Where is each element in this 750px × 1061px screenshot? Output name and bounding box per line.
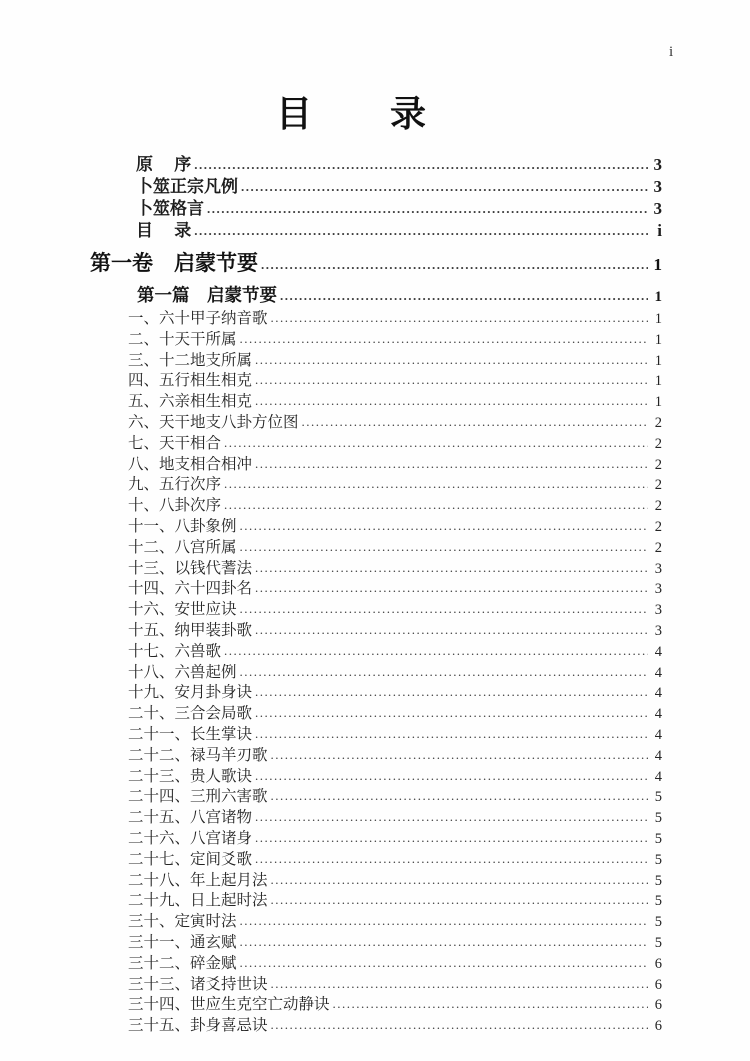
toc-entry-label: 二十四、三刑六害歌 bbox=[128, 787, 268, 807]
toc-entry-label: 十、八卦次序 bbox=[128, 496, 221, 516]
toc-dot-leader bbox=[255, 454, 648, 474]
toc-entry: 十七、六兽歌 4 bbox=[128, 642, 662, 663]
toc-dot-leader bbox=[224, 641, 648, 661]
toc-entry-page: 2 bbox=[650, 456, 662, 476]
toc-entry-label: 二十一、长生掌诀 bbox=[128, 725, 252, 745]
toc-entry: 二、十天干所属 1 bbox=[128, 330, 662, 351]
toc-entry-page: 1 bbox=[650, 331, 662, 351]
toc-dot-leader bbox=[302, 412, 648, 432]
toc-entry-label: 二十二、禄马羊刃歌 bbox=[128, 746, 268, 766]
toc-entry: 二十四、三刑六害歌 5 bbox=[128, 787, 662, 808]
toc-dot-leader bbox=[240, 911, 648, 931]
toc-title: 目 录 bbox=[66, 92, 638, 136]
toc-entry-page: 2 bbox=[650, 476, 662, 496]
toc-entry: 三十二、碎金赋 6 bbox=[128, 954, 662, 975]
toc-entry: 六、天干地支八卦方位图 2 bbox=[128, 413, 662, 434]
toc-entry: 五、六亲相生相克 1 bbox=[128, 392, 662, 413]
toc-entry: 二十九、日上起时法 5 bbox=[128, 891, 662, 912]
toc-entry-label: 九、五行次序 bbox=[128, 475, 221, 495]
toc-list: 原 序 3 卜筮正宗凡例 3 卜筮格言 3 目 录 i 第一卷 启蒙节要 1 第… bbox=[90, 154, 662, 1037]
toc-entry-page: 3 bbox=[650, 176, 662, 197]
toc-entry-page: 2 bbox=[650, 414, 662, 434]
toc-entry-label: 十四、六十四卦名 bbox=[128, 579, 252, 599]
toc-entry: 二十、三合会局歌 4 bbox=[128, 704, 662, 725]
toc-entry-label: 二十八、年上起月法 bbox=[128, 871, 268, 891]
toc-entry-label: 三十二、碎金赋 bbox=[128, 954, 237, 974]
toc-entry-page: 3 bbox=[650, 154, 662, 175]
toc-entry-label: 第一卷 启蒙节要 bbox=[90, 249, 258, 278]
toc-dot-leader bbox=[255, 766, 648, 786]
toc-dot-leader bbox=[255, 578, 648, 598]
toc-entry-label: 二十三、贵人歌诀 bbox=[128, 767, 252, 787]
toc-dot-leader bbox=[194, 153, 648, 175]
toc-entry-page: 6 bbox=[650, 996, 662, 1016]
toc-dot-leader bbox=[224, 474, 648, 494]
toc-dot-leader bbox=[240, 329, 648, 349]
toc-entry-page: 6 bbox=[650, 1017, 662, 1037]
toc-entry-page: 6 bbox=[650, 976, 662, 996]
toc-dot-leader bbox=[207, 197, 648, 219]
toc-dot-leader bbox=[271, 870, 648, 890]
toc-entry: 十三、以钱代蓍法 3 bbox=[128, 559, 662, 580]
toc-dot-leader bbox=[240, 537, 648, 557]
toc-dot-leader bbox=[240, 662, 648, 682]
toc-entry: 卜筮正宗凡例 3 bbox=[136, 176, 662, 198]
toc-entry: 二十三、贵人歌诀 4 bbox=[128, 767, 662, 788]
toc-entry-label: 十二、八宫所属 bbox=[128, 538, 237, 558]
toc-entry-page: 4 bbox=[650, 664, 662, 684]
toc-dot-leader bbox=[240, 953, 648, 973]
toc-entry-page: 1 bbox=[650, 250, 662, 279]
toc-dot-leader bbox=[255, 682, 648, 702]
toc-entry-page: 2 bbox=[650, 539, 662, 559]
toc-entry-label: 十七、六兽歌 bbox=[128, 642, 221, 662]
toc-entry-label: 十五、纳甲装卦歌 bbox=[128, 621, 252, 641]
toc-entry-page: 4 bbox=[650, 643, 662, 663]
toc-entry-label: 十九、安月卦身诀 bbox=[128, 683, 252, 703]
toc-dot-leader bbox=[255, 558, 648, 578]
toc-entry: 二十二、禄马羊刃歌 4 bbox=[128, 746, 662, 767]
toc-entry-label: 目 录 bbox=[136, 220, 191, 241]
toc-entry-label: 三、十二地支所属 bbox=[128, 351, 252, 371]
toc-dot-leader bbox=[240, 516, 648, 536]
toc-dot-leader bbox=[271, 308, 648, 328]
toc-dot-leader bbox=[224, 495, 648, 515]
toc-dot-leader bbox=[271, 974, 648, 994]
toc-entry-page: 2 bbox=[650, 518, 662, 538]
toc-entry: 三十五、卦身喜忌诀 6 bbox=[128, 1016, 662, 1037]
toc-entry: 二十六、八宫诸身 5 bbox=[128, 829, 662, 850]
toc-entry-label: 三十四、世应生克空亡动静诀 bbox=[128, 995, 330, 1015]
toc-entry-page: 3 bbox=[650, 560, 662, 580]
toc-dot-leader bbox=[194, 219, 648, 241]
toc-entry-label: 二十、三合会局歌 bbox=[128, 704, 252, 724]
toc-dot-leader bbox=[271, 745, 648, 765]
toc-entry-page: 1 bbox=[650, 393, 662, 413]
toc-dot-leader bbox=[255, 391, 648, 411]
toc-entry: 二十七、定间爻歌 5 bbox=[128, 850, 662, 871]
toc-entry: 八、地支相合相冲 2 bbox=[128, 455, 662, 476]
toc-entry: 目 录 i bbox=[136, 220, 662, 242]
toc-entry-page: i bbox=[650, 220, 662, 241]
toc-dot-leader bbox=[255, 620, 648, 640]
toc-entry: 十一、八卦象例 2 bbox=[128, 517, 662, 538]
toc-entry-page: 5 bbox=[650, 809, 662, 829]
toc-entry-page: 5 bbox=[650, 934, 662, 954]
toc-dot-leader bbox=[271, 786, 648, 806]
scanned-toc-page: i 目 录 原 序 3 卜筮正宗凡例 3 卜筮格言 3 目 录 i 第一卷 启蒙… bbox=[0, 0, 750, 1061]
toc-entry: 卜筮格言 3 bbox=[136, 198, 662, 220]
toc-entry: 三十、定寅时法 5 bbox=[128, 912, 662, 933]
toc-entry: 三、十二地支所属 1 bbox=[128, 351, 662, 372]
toc-entry-page: 5 bbox=[650, 892, 662, 912]
toc-entry-page: 5 bbox=[650, 851, 662, 871]
toc-entry: 二十八、年上起月法 5 bbox=[128, 871, 662, 892]
toc-dot-leader bbox=[255, 807, 648, 827]
toc-entry-label: 卜筮正宗凡例 bbox=[136, 176, 238, 197]
toc-entry-page: 1 bbox=[650, 352, 662, 372]
toc-entry-label: 三十一、通玄赋 bbox=[128, 933, 237, 953]
toc-entry-label: 三十、定寅时法 bbox=[128, 912, 237, 932]
toc-entry-page: 2 bbox=[650, 435, 662, 455]
toc-entry-label: 十八、六兽起例 bbox=[128, 663, 237, 683]
toc-entry-label: 十三、以钱代蓍法 bbox=[128, 559, 252, 579]
toc-entry-label: 二十七、定间爻歌 bbox=[128, 850, 252, 870]
toc-entry: 十九、安月卦身诀 4 bbox=[128, 683, 662, 704]
toc-entry-page: 1 bbox=[650, 310, 662, 330]
toc-entry-page: 4 bbox=[650, 768, 662, 788]
toc-entry: 第一篇 启蒙节要 1 bbox=[137, 284, 662, 309]
toc-entry-label: 四、五行相生相克 bbox=[128, 371, 252, 391]
toc-entry-page: 3 bbox=[650, 601, 662, 621]
toc-dot-leader bbox=[224, 433, 648, 453]
toc-dot-leader bbox=[271, 1015, 648, 1035]
toc-entry: 二十五、八宫诸物 5 bbox=[128, 808, 662, 829]
toc-entry: 四、五行相生相克 1 bbox=[128, 371, 662, 392]
toc-entry-page: 5 bbox=[650, 788, 662, 808]
toc-entry: 原 序 3 bbox=[136, 154, 662, 176]
toc-entry-label: 二十六、八宫诸身 bbox=[128, 829, 252, 849]
toc-dot-leader bbox=[333, 994, 648, 1014]
toc-entry: 二十一、长生掌诀 4 bbox=[128, 725, 662, 746]
toc-dot-leader bbox=[255, 849, 648, 869]
toc-entry-page: 5 bbox=[650, 872, 662, 892]
toc-entry-label: 十一、八卦象例 bbox=[128, 517, 237, 537]
toc-dot-leader bbox=[280, 283, 648, 307]
toc-entry-label: 原 序 bbox=[136, 154, 191, 175]
toc-dot-leader bbox=[240, 599, 648, 619]
toc-content: 目 录 原 序 3 卜筮正宗凡例 3 卜筮格言 3 目 录 i 第一卷 启蒙节要… bbox=[0, 0, 750, 1037]
toc-entry-label: 卜筮格言 bbox=[136, 198, 204, 219]
toc-dot-leader bbox=[255, 350, 648, 370]
toc-dot-leader bbox=[255, 828, 648, 848]
toc-dot-leader bbox=[241, 175, 648, 197]
toc-entry-page: 2 bbox=[650, 497, 662, 517]
toc-entry-label: 七、天干相合 bbox=[128, 434, 221, 454]
toc-entry-label: 三十三、诸爻持世诀 bbox=[128, 975, 268, 995]
toc-entry-page: 4 bbox=[650, 684, 662, 704]
toc-entry-page: 4 bbox=[650, 726, 662, 746]
toc-entry: 三十三、诸爻持世诀 6 bbox=[128, 975, 662, 996]
toc-dot-leader bbox=[255, 703, 648, 723]
toc-entry: 十二、八宫所属 2 bbox=[128, 538, 662, 559]
toc-entry: 三十四、世应生克空亡动静诀 6 bbox=[128, 995, 662, 1016]
toc-entry-page: 1 bbox=[650, 372, 662, 392]
toc-entry: 十六、安世应诀 3 bbox=[128, 600, 662, 621]
toc-entry: 七、天干相合 2 bbox=[128, 434, 662, 455]
toc-entry-label: 十六、安世应诀 bbox=[128, 600, 237, 620]
toc-entry-page: 5 bbox=[650, 913, 662, 933]
toc-entry-label: 三十五、卦身喜忌诀 bbox=[128, 1016, 268, 1036]
toc-entry-label: 一、六十甲子纳音歌 bbox=[128, 309, 268, 329]
toc-entry-label: 第一篇 启蒙节要 bbox=[137, 284, 277, 307]
toc-entry: 十五、纳甲装卦歌 3 bbox=[128, 621, 662, 642]
toc-dot-leader bbox=[271, 890, 648, 910]
toc-entry-label: 六、天干地支八卦方位图 bbox=[128, 413, 299, 433]
toc-entry-page: 3 bbox=[650, 622, 662, 642]
toc-entry: 十、八卦次序 2 bbox=[128, 496, 662, 517]
toc-entry-label: 二、十天干所属 bbox=[128, 330, 237, 350]
toc-entry-page: 3 bbox=[650, 198, 662, 219]
toc-entry-label: 二十五、八宫诸物 bbox=[128, 808, 252, 828]
toc-entry: 三十一、通玄赋 5 bbox=[128, 933, 662, 954]
toc-entry-page: 5 bbox=[650, 830, 662, 850]
toc-entry: 十四、六十四卦名 3 bbox=[128, 579, 662, 600]
toc-dot-leader bbox=[240, 932, 648, 952]
toc-entry: 第一卷 启蒙节要 1 bbox=[90, 249, 662, 280]
toc-entry-label: 五、六亲相生相克 bbox=[128, 392, 252, 412]
toc-entry: 十八、六兽起例 4 bbox=[128, 663, 662, 684]
toc-entry-page: 4 bbox=[650, 747, 662, 767]
toc-entry-page: 4 bbox=[650, 705, 662, 725]
toc-entry-label: 二十九、日上起时法 bbox=[128, 891, 268, 911]
toc-entry-page: 1 bbox=[650, 286, 662, 309]
toc-entry: 一、六十甲子纳音歌 1 bbox=[128, 309, 662, 330]
toc-entry-page: 6 bbox=[650, 955, 662, 975]
toc-dot-leader bbox=[255, 724, 648, 744]
toc-entry-page: 3 bbox=[650, 580, 662, 600]
toc-entry: 九、五行次序 2 bbox=[128, 475, 662, 496]
toc-dot-leader bbox=[261, 248, 648, 279]
toc-dot-leader bbox=[255, 370, 648, 390]
toc-entry-label: 八、地支相合相冲 bbox=[128, 455, 252, 475]
